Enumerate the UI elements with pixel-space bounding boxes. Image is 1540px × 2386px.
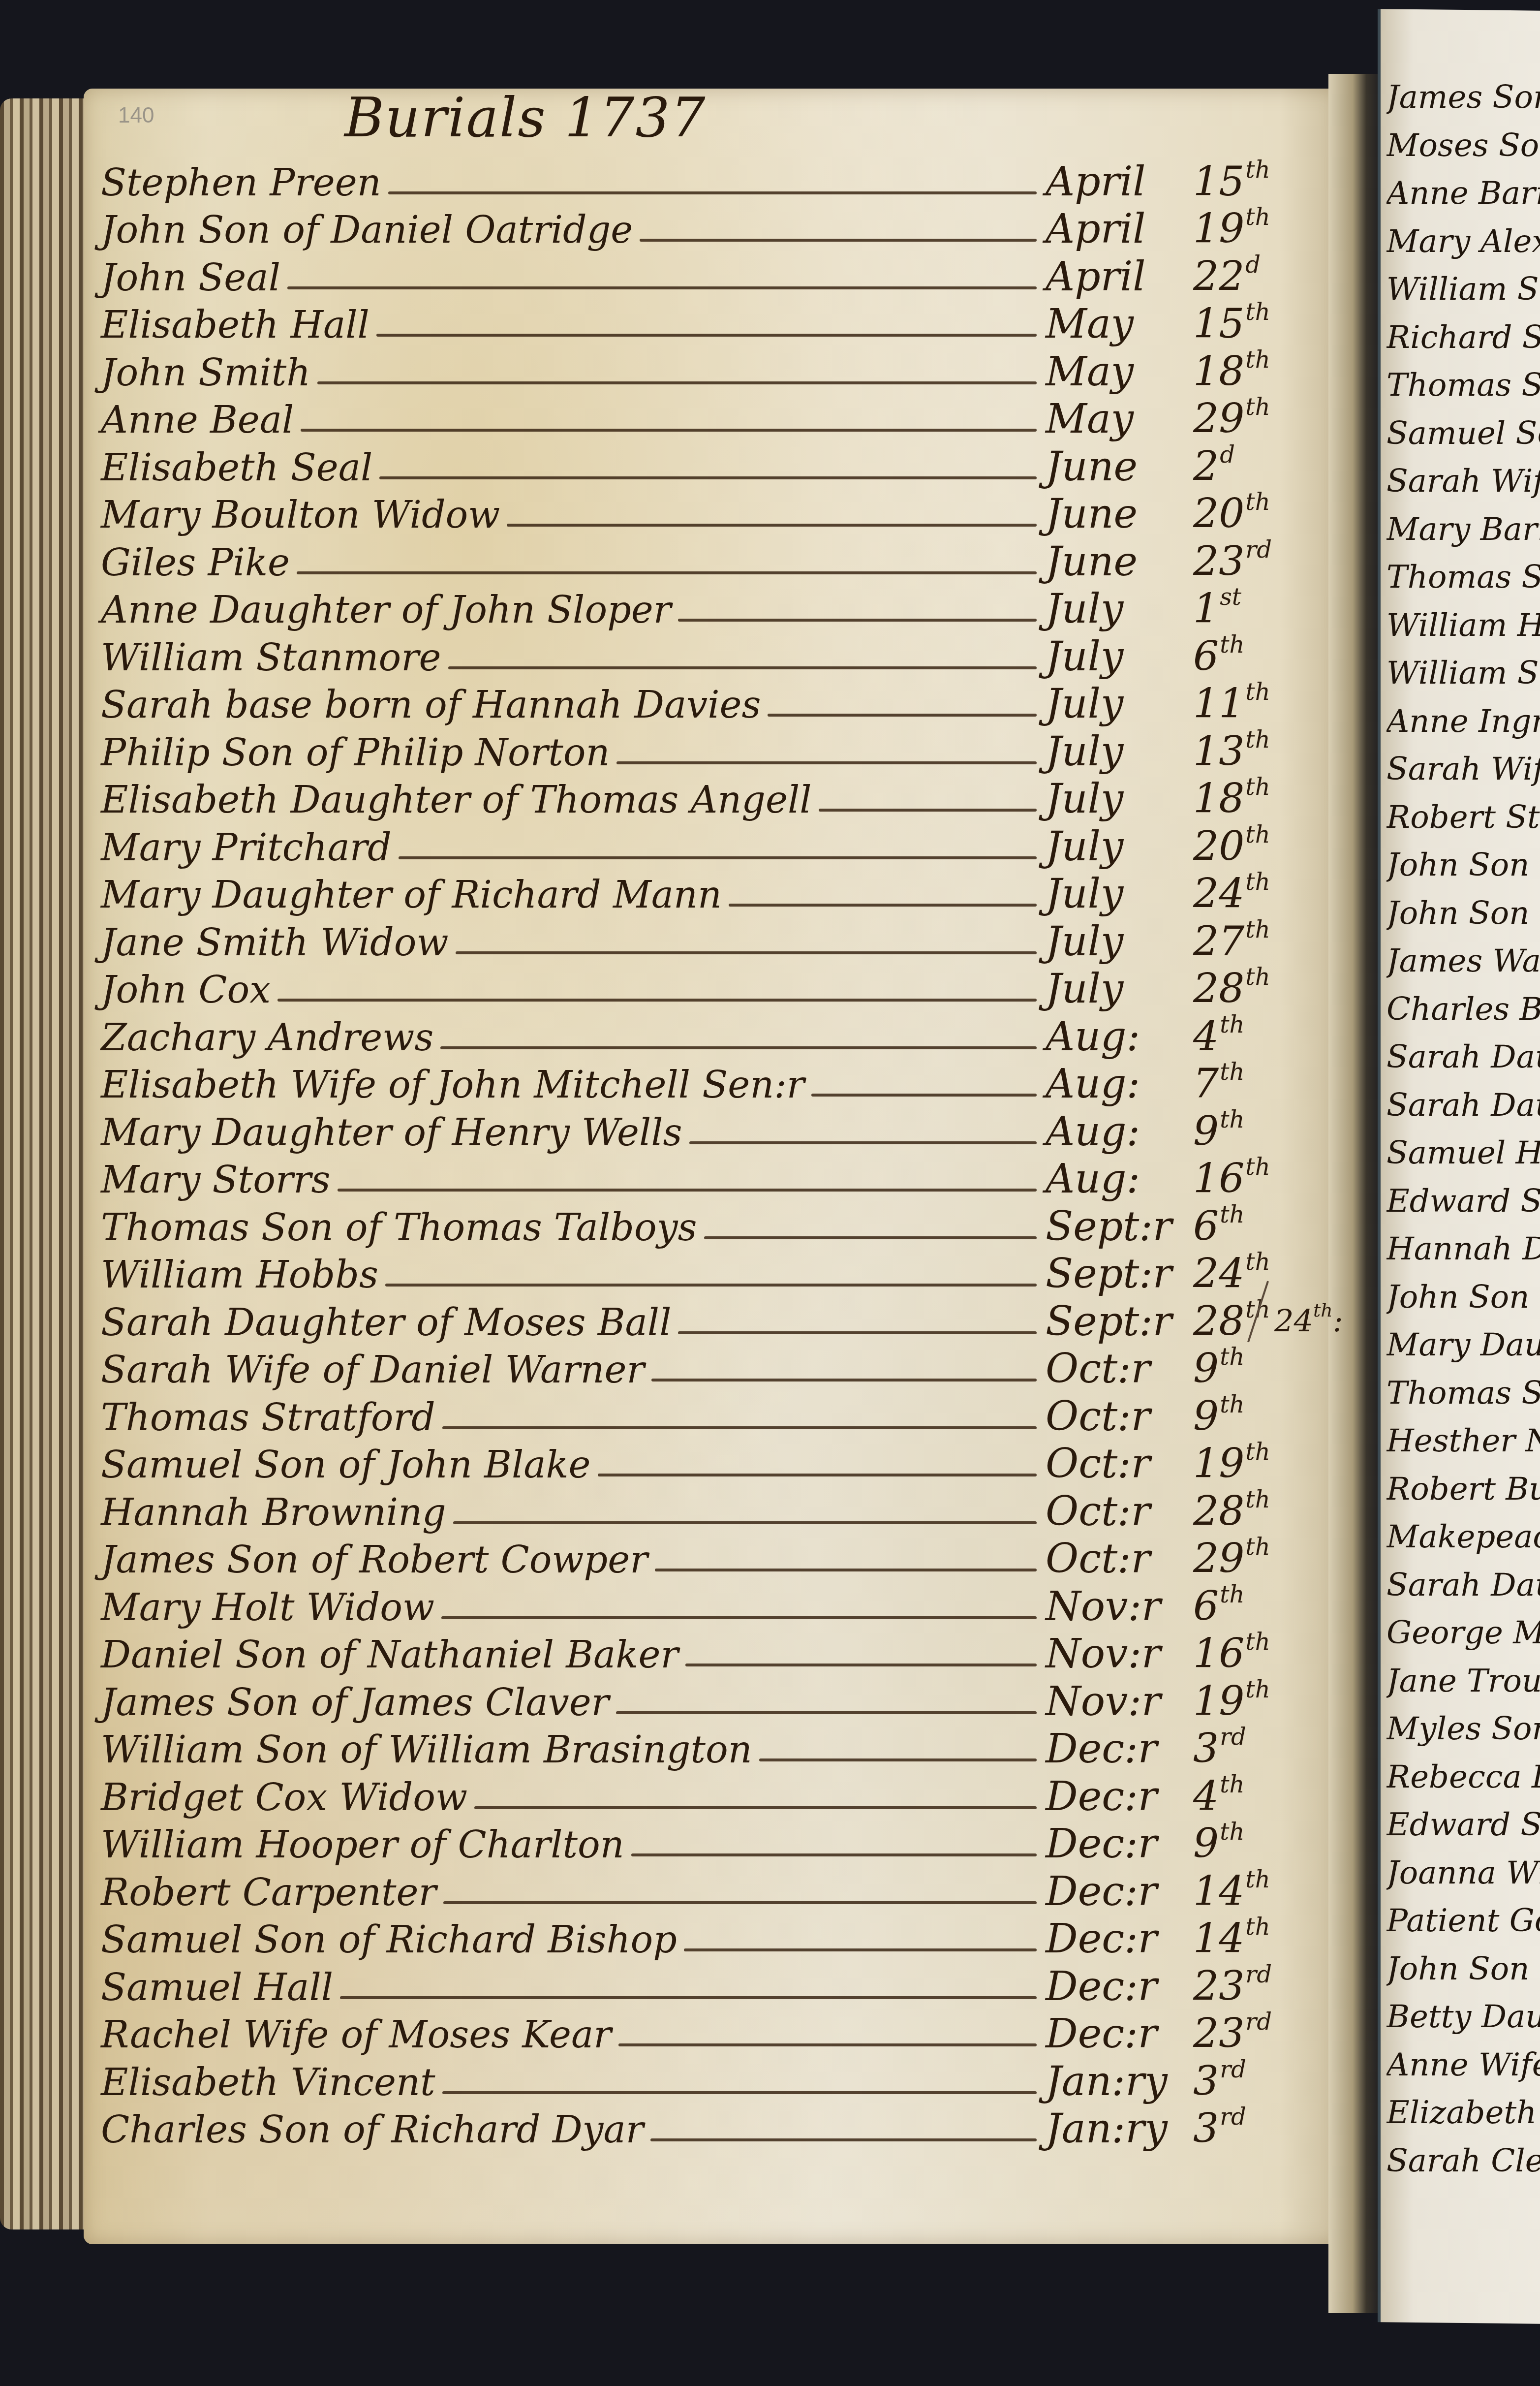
entry-day: 23rd: [1193, 1963, 1321, 2010]
entry-day-suffix: th: [1245, 1866, 1270, 1893]
facing-page-entry: Hannah Da: [1386, 1225, 1540, 1274]
entry-name: Charles Son of Richard Dyar: [101, 2111, 644, 2152]
entry-day-suffix: th: [1220, 1581, 1244, 1608]
entry-day: 23rd: [1193, 2010, 1321, 2057]
facing-page-entry: James Son of: [1386, 74, 1540, 122]
entry-day: 4th: [1193, 1013, 1321, 1060]
entry-day: 18th: [1193, 775, 1321, 822]
entry-leader-line: [811, 1094, 1037, 1097]
entry-day: 3rd: [1193, 2105, 1321, 2152]
entry-month: Nov:r: [1046, 1634, 1193, 1677]
burial-entry: Mary Daughter of Richard MannJuly24th: [101, 870, 1321, 918]
facing-page-entry: Robert Ster: [1386, 794, 1540, 842]
burial-entry: Rachel Wife of Moses KearDec:r23rd: [101, 2010, 1321, 2058]
entry-leader-line: [678, 1331, 1037, 1334]
entry-day: 15th: [1193, 300, 1321, 347]
entry-name: Thomas Son of Thomas Talboys: [101, 1209, 697, 1250]
entry-day-suffix: th: [1245, 1153, 1270, 1181]
facing-page-entry: Sarah Cleave: [1386, 2137, 1540, 2186]
entry-leader-line: [768, 714, 1037, 717]
facing-page-entry: Edward Son: [1386, 1178, 1540, 1226]
entry-leader-line: [453, 1521, 1037, 1524]
entry-name: James Son of James Claver: [101, 1684, 609, 1725]
entry-month: Aug:: [1046, 1017, 1193, 1060]
entry-day-suffix: th: [1245, 1628, 1270, 1656]
entry-month: May: [1046, 304, 1193, 347]
entry-day: 18th: [1193, 348, 1321, 395]
entry-month: Sept:r: [1046, 1302, 1193, 1345]
entry-name: John Cox: [101, 971, 271, 1012]
entry-day: 14th: [1193, 1915, 1321, 1962]
entry-name: Stephen Preen: [101, 164, 381, 205]
entry-leader-line: [616, 761, 1037, 764]
facing-page-entry: William Son: [1386, 266, 1540, 314]
burial-entry: William Son of William BrasingtonDec:r3r…: [101, 1725, 1321, 1773]
facing-page-entry: Anne Wife of: [1386, 2041, 1540, 2090]
entry-month: Jan:ry: [1046, 2062, 1193, 2105]
facing-page-entry: Joanna Wife o: [1386, 1850, 1540, 1898]
entry-month: Oct:r: [1046, 1539, 1193, 1582]
burial-entry: Elisabeth VincentJan:ry3rd: [101, 2057, 1321, 2105]
facing-page-entry: Sarah Daugh: [1386, 1562, 1540, 1610]
entry-day-suffix: th: [1220, 1391, 1244, 1418]
entry-name: Anne Beal: [101, 401, 294, 442]
burial-entry: John CoxJuly28th: [101, 965, 1321, 1013]
entry-leader-line: [759, 1758, 1037, 1761]
entry-leader-line: [297, 571, 1037, 574]
entry-day-suffix: th: [1220, 1201, 1244, 1228]
entry-day: 24th: [1193, 870, 1321, 917]
entry-month: Aug:: [1046, 1112, 1193, 1155]
entry-leader-line: [456, 951, 1037, 954]
entry-day: 9th: [1193, 1345, 1321, 1392]
facing-page-entry: Thomas Son: [1386, 1370, 1540, 1418]
book-gutter: [1328, 74, 1383, 2313]
burial-entry: Mary Boulton WidowJune20th: [101, 490, 1321, 538]
entry-month: Nov:r: [1046, 1587, 1193, 1630]
entry-name: John Seal: [101, 259, 280, 300]
burial-entry: Zachary AndrewsAug:4th: [101, 1012, 1321, 1060]
entry-day: 24th: [1193, 1250, 1321, 1297]
entry-day: 19th: [1193, 1678, 1321, 1725]
entry-day: 29th: [1193, 395, 1321, 442]
entry-month: Oct:r: [1046, 1444, 1193, 1487]
entry-month: Aug:: [1046, 1159, 1193, 1202]
burial-entry: Mary StorrsAug:16th: [101, 1155, 1321, 1203]
entry-name: Mary Pritchard: [101, 829, 392, 870]
entry-month: July: [1046, 637, 1193, 680]
burial-entry: Elisabeth HallMay15th: [101, 300, 1321, 348]
entry-leader-line: [442, 1426, 1037, 1429]
entry-month: April: [1046, 257, 1193, 300]
entry-name: Samuel Son of John Blake: [101, 1446, 591, 1487]
facing-page-entry: Charles Bai: [1386, 986, 1540, 1034]
facing-page-entry: Thomas Smit: [1386, 554, 1540, 602]
entry-leader-line: [729, 904, 1037, 907]
entry-name: Sarah base born of Hannah Davies: [101, 686, 761, 727]
page-title: Burials 1737: [344, 86, 707, 149]
entry-name: Daniel Son of Nathaniel Baker: [101, 1636, 678, 1677]
entry-day-suffix: th: [1245, 1248, 1270, 1276]
entry-day: 2d: [1193, 443, 1321, 490]
entry-month: July: [1046, 684, 1193, 727]
entry-name: William Son of William Brasington: [101, 1731, 752, 1772]
entry-leader-line: [618, 2043, 1037, 2046]
entry-name: John Son of Daniel Oatridge: [101, 211, 633, 252]
entry-day-suffix: th: [1245, 393, 1270, 421]
facing-page-entry: Hesther N: [1386, 1417, 1540, 1466]
facing-page-entry: Makepeace: [1386, 1513, 1540, 1562]
entry-day-suffix: th: [1245, 868, 1270, 896]
entry-name: Sarah Daughter of Moses Ball: [101, 1304, 671, 1345]
facing-page-entry: Anne Barn: [1386, 170, 1540, 218]
entry-name: Rachel Wife of Moses Kear: [101, 2016, 612, 2057]
entry-day: 3rd: [1193, 1725, 1321, 1772]
entry-name: Jane Smith Widow: [101, 924, 449, 965]
entry-day-suffix: th: [1220, 1771, 1244, 1798]
entry-name: Mary Holt Widow: [101, 1589, 434, 1630]
burial-entry: Elisabeth SealJune2d: [101, 442, 1321, 490]
entry-day: 16th: [1193, 1155, 1321, 1202]
entry-day-suffix: d: [1220, 441, 1235, 469]
entry-day: 29th: [1193, 1535, 1321, 1582]
entry-day: 15th: [1193, 158, 1321, 205]
entry-day: 3rd: [1193, 2058, 1321, 2105]
burial-entry: Hannah BrowningOct:r28th: [101, 1487, 1321, 1535]
entry-day: 9th: [1193, 1108, 1321, 1155]
entry-day-suffix: th: [1245, 773, 1270, 801]
entry-leader-line: [640, 239, 1037, 242]
entry-day: 19th: [1193, 205, 1321, 252]
entry-day-suffix: th: [1245, 1486, 1270, 1513]
entry-leader-line: [443, 1901, 1037, 1904]
entry-day-suffix: rd: [1220, 2056, 1246, 2083]
entry-name: Giles Pike: [101, 544, 290, 585]
entry-name: Elisabeth Hall: [101, 306, 370, 347]
burial-entry: Elisabeth Wife of John Mitchell Sen:rAug…: [101, 1060, 1321, 1108]
entry-day-suffix: th: [1220, 1818, 1244, 1846]
facing-page-entry: John Son of Jo: [1386, 1946, 1540, 1994]
entry-day-suffix: th: [1245, 678, 1270, 706]
entry-leader-line: [678, 619, 1037, 622]
burial-entry: Sarah base born of Hannah DaviesJuly11th: [101, 680, 1321, 728]
entry-month: Oct:r: [1046, 1397, 1193, 1440]
entry-month: July: [1046, 874, 1193, 917]
entry-leader-line: [442, 2091, 1037, 2094]
entry-name: Elisabeth Seal: [101, 449, 372, 490]
facing-page-entry: Moses Son of: [1386, 122, 1540, 170]
burial-entry: Anne Daughter of John SloperJuly1st: [101, 585, 1321, 633]
entry-month: Dec:r: [1046, 2014, 1193, 2057]
burial-entry: Charles Son of Richard DyarJan:ry3rd: [101, 2105, 1321, 2153]
burial-entry: Thomas Son of Thomas TalboysSept:r6th: [101, 1202, 1321, 1250]
facing-page-entry: Samuel Hig: [1386, 1130, 1540, 1178]
entry-month: Dec:r: [1046, 1967, 1193, 2010]
entry-leader-line: [301, 429, 1037, 432]
facing-page-entry: Sarah Daug: [1386, 1082, 1540, 1130]
entry-day-suffix: th: [1245, 1533, 1270, 1561]
entry-day-suffix: rd: [1245, 2008, 1272, 2036]
facing-page-entry: John Son of: [1386, 890, 1540, 938]
entry-month: July: [1046, 589, 1193, 632]
entry-day: 6th: [1193, 1203, 1321, 1250]
facing-page-entry: John Son of: [1386, 842, 1540, 890]
entry-month: Nov:r: [1046, 1682, 1193, 1725]
burial-entry: Thomas StratfordOct:r9th: [101, 1392, 1321, 1440]
entry-leader-line: [388, 191, 1037, 194]
entry-day-suffix: th: [1220, 631, 1244, 659]
entry-day: 6th: [1193, 633, 1321, 680]
facing-page-entry: Thomas Son: [1386, 362, 1540, 410]
burial-entry: James Son of Robert CowperOct:r29th: [101, 1535, 1321, 1583]
entry-name: Zachary Andrews: [101, 1019, 433, 1060]
entry-name: James Son of Robert Cowper: [101, 1541, 648, 1582]
entry-leader-line: [507, 524, 1037, 527]
entry-month: Dec:r: [1046, 1777, 1193, 1820]
entry-month: July: [1046, 827, 1193, 870]
entry-day-suffix: th: [1245, 1913, 1270, 1941]
entry-name: William Stanmore: [101, 639, 441, 680]
facing-page-entries: James Son ofMoses Son ofAnne BarnMary Al…: [1386, 74, 1540, 2185]
burial-entry: Bridget Cox WidowDec:r4th: [101, 1772, 1321, 1820]
entry-month: June: [1046, 494, 1193, 537]
entry-month: Dec:r: [1046, 1729, 1193, 1772]
entry-leader-line: [655, 1569, 1037, 1571]
entry-day: 22d: [1193, 253, 1321, 300]
burial-entry: Philip Son of Philip NortonJuly13th: [101, 727, 1321, 775]
facing-page-entry: Sarah Daug: [1386, 1034, 1540, 1082]
entry-day: 20th: [1193, 823, 1321, 870]
facing-page-entry: Samuel Son: [1386, 410, 1540, 458]
book-page-stack: [0, 98, 86, 2229]
entry-month: Dec:r: [1046, 1872, 1193, 1915]
burial-entry: Giles PikeJune23rd: [101, 537, 1321, 585]
entry-day-suffix: th: [1245, 916, 1270, 943]
entry-day: 19th: [1193, 1440, 1321, 1487]
entry-leader-line: [689, 1141, 1037, 1144]
entry-day: 14th: [1193, 1868, 1321, 1915]
entry-leader-line: [340, 1996, 1037, 1999]
entry-leader-line: [616, 1711, 1037, 1714]
entry-name: Elisabeth Vincent: [101, 2064, 435, 2105]
entry-leader-line: [651, 1379, 1037, 1381]
burial-entry: John SmithMay18th: [101, 347, 1321, 395]
burial-entry: William StanmoreJuly6th: [101, 632, 1321, 680]
entry-day: 28th: [1193, 1488, 1321, 1535]
facing-page-entry: Betty Daughte: [1386, 1993, 1540, 2041]
entry-day-suffix: th: [1245, 203, 1270, 231]
entry-day: 13th: [1193, 728, 1321, 775]
entry-leader-line: [598, 1474, 1037, 1476]
burial-entry: William HobbsSept:r24th: [101, 1250, 1321, 1298]
entry-name: Elisabeth Wife of John Mitchell Sen:r: [101, 1066, 804, 1107]
entry-leader-line: [379, 476, 1037, 479]
entry-month: Dec:r: [1046, 1824, 1193, 1867]
entry-name: Hannah Browning: [101, 1494, 446, 1535]
entry-day: 16th: [1193, 1630, 1321, 1677]
entry-day: 20th: [1193, 490, 1321, 537]
entry-day: 28th: [1193, 965, 1321, 1012]
burial-entry: Mary Holt WidowNov:r6th: [101, 1582, 1321, 1630]
burial-entry: John Son of Daniel OatridgeApril19th: [101, 205, 1321, 253]
entry-month: April: [1046, 209, 1193, 252]
facing-page-entry: James Wat: [1386, 938, 1540, 986]
entry-name: Samuel Son of Richard Bishop: [101, 1921, 677, 1962]
entry-name: Mary Daughter of Henry Wells: [101, 1114, 682, 1155]
entry-day: 1st: [1193, 585, 1321, 632]
entry-name: Philip Son of Philip Norton: [101, 734, 610, 775]
burial-entry: Daniel Son of Nathaniel BakerNov:r16th: [101, 1630, 1321, 1678]
burial-entries-list: Stephen PreenApril15thJohn Son of Daniel…: [101, 157, 1321, 2152]
burial-entry: Sarah Wife of Daniel WarnerOct:r9th: [101, 1345, 1321, 1393]
burial-entry: Samuel Son of John BlakeOct:r19th: [101, 1440, 1321, 1488]
burial-entry: John SealApril22d: [101, 252, 1321, 300]
entry-leader-line: [399, 856, 1037, 859]
entry-leader-line: [650, 2138, 1037, 2141]
burial-entry: Anne BealMay29th: [101, 395, 1321, 443]
entry-month: Sept:r: [1046, 1207, 1193, 1250]
burial-entry: Elisabeth Daughter of Thomas AngellJuly1…: [101, 775, 1321, 823]
burial-entry: Sarah Daughter of Moses BallSept:r28th: [101, 1297, 1321, 1345]
entry-leader-line: [631, 1853, 1037, 1856]
facing-page-entry: William Son of: [1386, 650, 1540, 698]
entry-name: Mary Storrs: [101, 1161, 331, 1202]
facing-page-entry: Rebecca Dau: [1386, 1754, 1540, 1802]
burial-entry: Mary PritchardJuly20th: [101, 822, 1321, 870]
facing-page-entry: Sarah Wife: [1386, 746, 1540, 794]
burial-entry: Jane Smith WidowJuly27th: [101, 917, 1321, 965]
entry-day: 27th: [1193, 918, 1321, 965]
entry-name: Bridget Cox Widow: [101, 1779, 467, 1820]
entry-leader-line: [474, 1806, 1037, 1809]
entry-leader-line: [277, 999, 1037, 1002]
entry-day: 23rd: [1193, 538, 1321, 585]
entry-name: Sarah Wife of Daniel Warner: [101, 1351, 645, 1392]
entry-leader-line: [441, 1616, 1037, 1619]
entry-day-suffix: th: [1245, 963, 1270, 991]
entry-day-suffix: th: [1220, 1106, 1244, 1133]
facing-page-entry: Anne Ingra: [1386, 698, 1540, 746]
entry-name: Mary Daughter of Richard Mann: [101, 876, 722, 917]
entry-month: April: [1046, 162, 1193, 205]
entry-month: Oct:r: [1046, 1492, 1193, 1535]
entry-name: Mary Boulton Widow: [101, 496, 500, 537]
burial-entry: Robert CarpenterDec:r14th: [101, 1867, 1321, 1915]
entry-leader-line: [376, 334, 1037, 337]
entry-day-suffix: rd: [1220, 2103, 1246, 2131]
burial-entry: William Hooper of CharltonDec:r9th: [101, 1820, 1321, 1868]
entry-leader-line: [385, 1284, 1037, 1287]
facing-page-entry: William Hodg: [1386, 602, 1540, 650]
entry-day: 9th: [1193, 1393, 1321, 1440]
entry-name: William Hobbs: [101, 1256, 378, 1297]
entry-leader-line: [338, 1189, 1037, 1192]
entry-name: John Smith: [101, 354, 310, 395]
facing-page-entry: Mary Daug: [1386, 1321, 1540, 1370]
entry-leader-line: [685, 1664, 1037, 1666]
facing-page-entry: George Mor: [1386, 1609, 1540, 1658]
entry-month: June: [1046, 542, 1193, 585]
entry-name: Thomas Stratford: [101, 1399, 435, 1440]
entry-month: Sept:r: [1046, 1254, 1193, 1297]
facing-page-entry: Myles Son of: [1386, 1705, 1540, 1754]
entry-day: 9th: [1193, 1820, 1321, 1867]
facing-page-entry: Elizabeth Wife: [1386, 2089, 1540, 2137]
facing-page-entry: Mary Barn: [1386, 506, 1540, 554]
folio-number: 140: [118, 103, 154, 128]
entry-leader-line: [704, 1236, 1037, 1239]
burial-entry: Samuel Son of Richard BishopDec:r14th: [101, 1915, 1321, 1963]
burial-entry: Stephen PreenApril15th: [101, 157, 1321, 205]
facing-page-entry: Richard Son: [1386, 314, 1540, 362]
entry-leader-line: [819, 809, 1037, 812]
entry-month: June: [1046, 447, 1193, 490]
entry-day: 11th: [1193, 680, 1321, 727]
entry-name: Robert Carpenter: [101, 1874, 436, 1915]
entry-name: Anne Daughter of John Sloper: [101, 591, 671, 632]
entry-month: May: [1046, 399, 1193, 442]
entry-day-suffix: th: [1245, 1676, 1270, 1703]
entry-name: Elisabeth Daughter of Thomas Angell: [101, 781, 812, 822]
entry-leader-line: [287, 286, 1037, 289]
facing-page-entry: John Son of: [1386, 1274, 1540, 1322]
entry-name: William Hooper of Charlton: [101, 1826, 624, 1867]
entry-day-suffix: th: [1245, 156, 1270, 184]
entry-day-suffix: rd: [1245, 536, 1272, 564]
entry-day-suffix: rd: [1245, 1961, 1272, 1988]
entry-leader-line: [317, 381, 1037, 384]
entry-day-suffix: th: [1245, 346, 1270, 374]
entry-day: 6th: [1193, 1583, 1321, 1630]
entry-day-suffix: rd: [1220, 1723, 1246, 1751]
entry-month: July: [1046, 922, 1193, 965]
entry-day: 4th: [1193, 1773, 1321, 1820]
facing-page-entry: Sarah Wife of: [1386, 458, 1540, 506]
entry-leader-line: [684, 1948, 1037, 1951]
entry-leader-line: [440, 1046, 1037, 1049]
facing-page-entry: Patient Gouldi: [1386, 1897, 1540, 1946]
entry-month: Dec:r: [1046, 1919, 1193, 1962]
entry-month: Jan:ry: [1046, 2109, 1193, 2152]
entry-day-suffix: th: [1220, 1343, 1244, 1371]
entry-day-suffix: th: [1245, 726, 1270, 753]
entry-day-suffix: th: [1220, 1011, 1244, 1038]
entry-day-suffix: st: [1220, 583, 1241, 611]
entry-month: July: [1046, 732, 1193, 775]
entry-day-suffix: th: [1245, 821, 1270, 848]
facing-page-entry: Edward Son o: [1386, 1801, 1540, 1850]
entry-day-suffix: th: [1245, 298, 1270, 326]
burial-entry: Samuel HallDec:r23rd: [101, 1962, 1321, 2010]
facing-page-entry: Jane Troug: [1386, 1658, 1540, 1706]
facing-page-entry: Mary Alexa: [1386, 218, 1540, 266]
entry-day-suffix: th: [1220, 1058, 1244, 1086]
entry-name: Samuel Hall: [101, 1969, 333, 2010]
entry-leader-line: [448, 666, 1037, 669]
entry-month: July: [1046, 969, 1193, 1012]
entry-day-suffix: th: [1245, 1438, 1270, 1466]
entry-day-suffix: d: [1245, 251, 1261, 279]
entry-month: Aug:: [1046, 1064, 1193, 1107]
entry-month: Oct:r: [1046, 1349, 1193, 1392]
burial-entry: James Son of James ClaverNov:r19th: [101, 1677, 1321, 1725]
entry-month: July: [1046, 779, 1193, 822]
entry-month: May: [1046, 352, 1193, 395]
margin-correction-note: 24th:: [1274, 1299, 1343, 1339]
facing-page-entry: Robert Bub: [1386, 1466, 1540, 1514]
entry-day-suffix: th: [1245, 488, 1270, 516]
burial-entry: Mary Daughter of Henry WellsAug:9th: [101, 1107, 1321, 1155]
